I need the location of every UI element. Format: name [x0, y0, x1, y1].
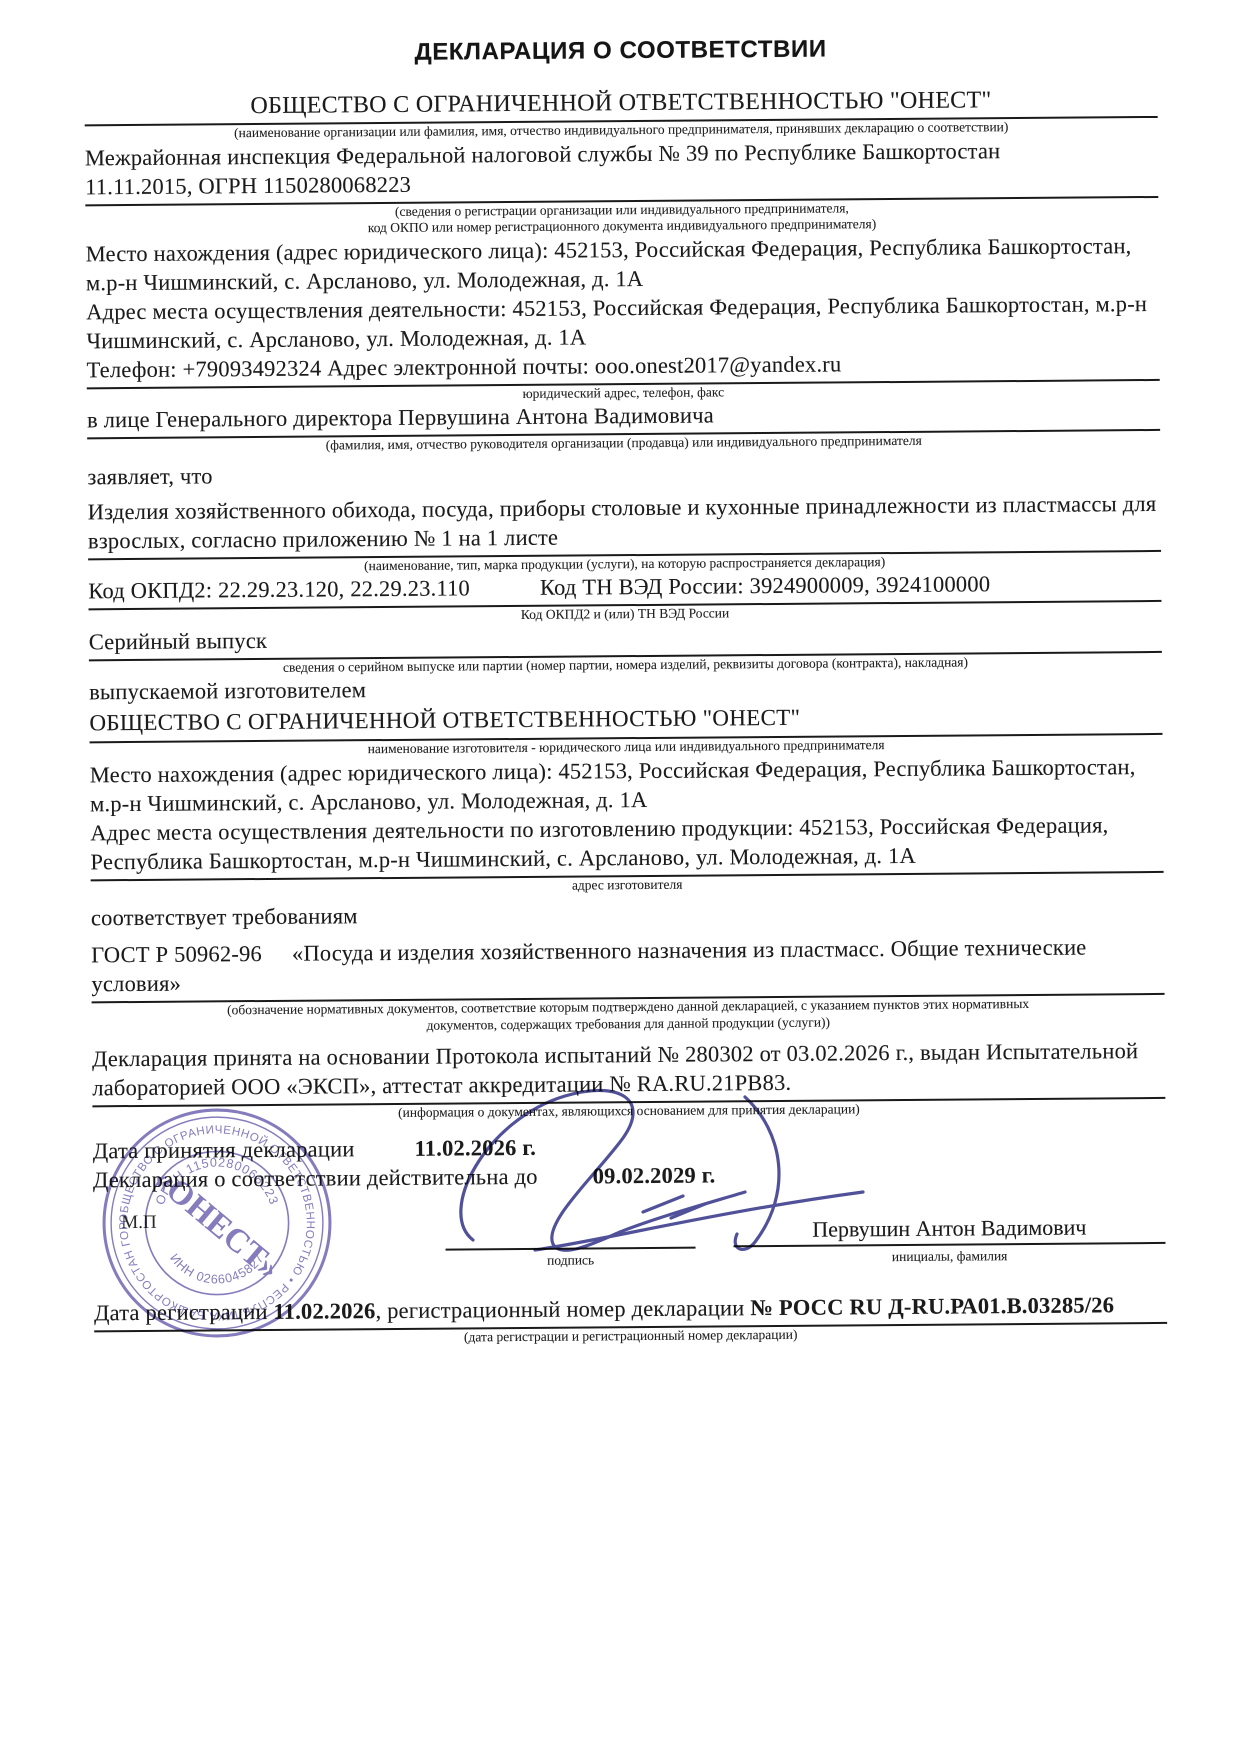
- compliance-intro: соответствует требованиям: [91, 895, 1164, 932]
- manufacturer-name: ОБЩЕСТВО С ОГРАНИЧЕННОЙ ОТВЕТСТВЕННОСТЬЮ…: [89, 700, 1162, 738]
- company-stamp-seal: ОБЩЕСТВО С ОГРАНИЧЕННОЙ ОТВЕТСТВЕННОСТЬЮ…: [96, 1102, 338, 1344]
- document-title: ДЕКЛАРАЦИЯ О СООТВЕТСТВИИ: [84, 25, 1157, 69]
- registration-middle: , регистрационный номер декларации: [375, 1295, 744, 1323]
- manufacturer-legal-address: Место нахождения (адрес юридического лиц…: [90, 751, 1163, 817]
- standard-line: ГОСТ Р 50962-96«Посуда и изделия хозяйст…: [91, 932, 1164, 998]
- representative-caption: (фамилия, имя, отчество руководителя орг…: [87, 431, 1160, 456]
- registration-number: № РОСС RU Д-RU.РА01.В.03285/26: [750, 1292, 1114, 1320]
- declares-line: заявляет, что: [87, 453, 1160, 490]
- manufacturer-address-caption: адрес изготовителя: [91, 872, 1164, 897]
- standard-code: ГОСТ Р 50962-96: [91, 941, 262, 967]
- declarant-activity-address: Адрес места осуществления деятельности: …: [86, 288, 1159, 354]
- handwritten-signature: [415, 1072, 880, 1272]
- stamp-center-text: «ОНЕСТ»: [146, 1160, 287, 1286]
- product-description: Изделия хозяйственного обихода, посуда, …: [88, 488, 1161, 554]
- tnved-code: Код ТН ВЭД России: 3924900009, 392410000…: [540, 571, 990, 600]
- declarant-legal-address: Место нахождения (адрес юридического лиц…: [86, 230, 1159, 296]
- declaration-document: ДЕКЛАРАЦИЯ О СООТВЕТСТВИИ ОБЩЕСТВО С ОГР…: [0, 0, 1240, 1754]
- manufacturer-production-address: Адрес места осуществления деятельности п…: [90, 809, 1163, 875]
- declarant-name: ОБЩЕСТВО С ОГРАНИЧЕННОЙ ОТВЕТСТВЕННОСТЬЮ…: [84, 85, 1157, 121]
- okpd2-code: Код ОКПД2: 22.29.23.120, 22.29.23.110: [88, 575, 470, 603]
